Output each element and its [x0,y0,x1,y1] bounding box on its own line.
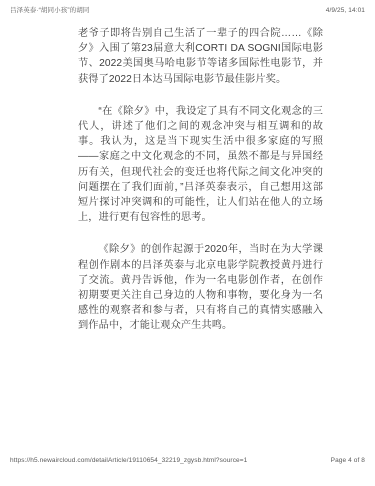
article-paragraph: “在《除夕》中，我设定了具有不同文化观念的三代人，讲述了他们之间的观念冲突与相互… [78,104,323,226]
footer-page-number: Page 4 of 8 [331,457,365,465]
footer-source-url: https://h5.newaircloud.com/detailArticle… [10,457,247,465]
print-header: 吕泽英泰·“胡同小孩”的胡同 4/9/25, 14:01 [10,7,365,15]
print-footer: https://h5.newaircloud.com/detailArticle… [10,457,365,465]
article-body: 老爷子即将告别自己生活了一辈子的四合院……《除夕》入围了第23届意大利CORTI… [78,26,323,351]
print-preview-page: 吕泽英泰·“胡同小孩”的胡同 4/9/25, 14:01 老爷子即将告别自己生活… [0,0,375,486]
article-paragraph: 《除夕》的创作起源于2020年，当时在为大学课程创作剧本的吕泽英泰与北京电影学院… [78,242,323,333]
article-paragraph: 老爷子即将告别自己生活了一辈子的四合院……《除夕》入围了第23届意大利CORTI… [78,26,323,87]
header-document-title: 吕泽英泰·“胡同小孩”的胡同 [10,7,89,15]
header-datetime: 4/9/25, 14:01 [326,7,365,15]
